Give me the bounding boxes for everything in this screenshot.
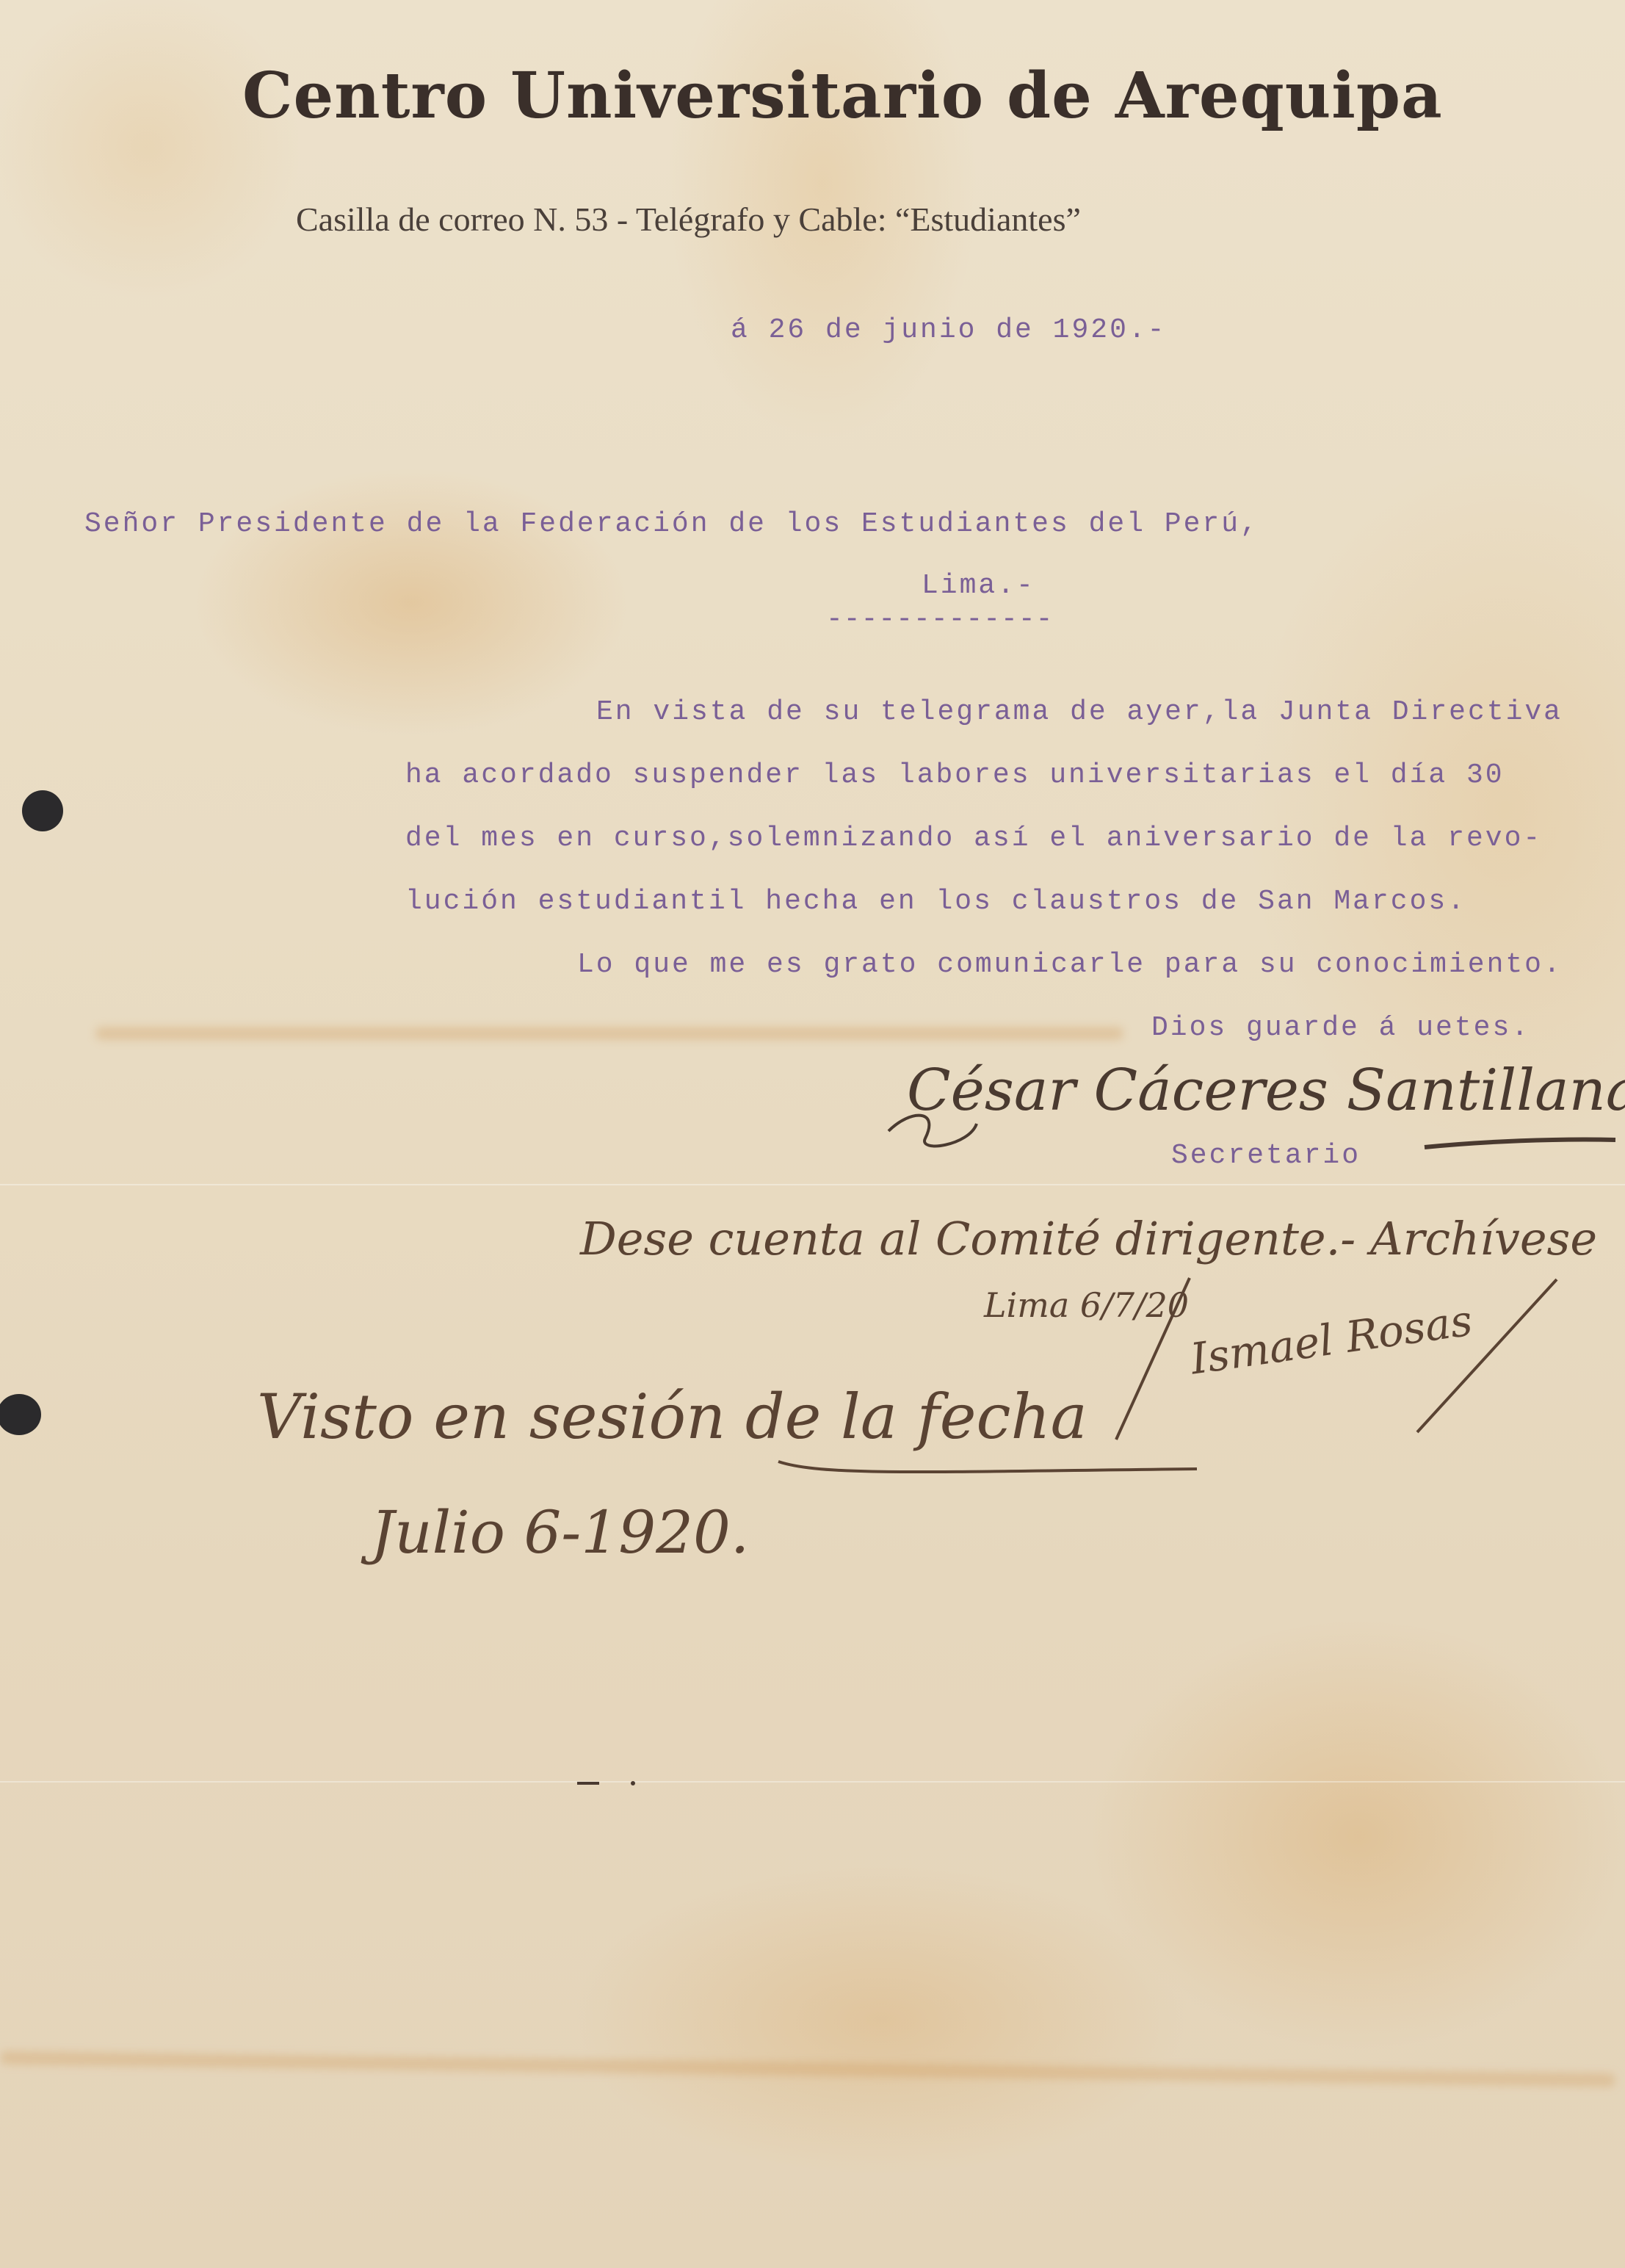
ink-mark xyxy=(573,1777,661,1792)
fold-crease xyxy=(0,1781,1625,1783)
fold-crease xyxy=(0,1184,1625,1185)
letter-city: Lima.- xyxy=(922,570,1035,602)
letter-page: Centro Universitario de Arequipa Casilla… xyxy=(0,0,1625,2268)
letter-date: á 26 de junio de 1920.- xyxy=(731,314,1167,346)
signer-title: Secretario xyxy=(1171,1140,1361,1171)
letterhead-title: Centro Universitario de Arequipa xyxy=(242,59,1388,133)
annotation-julio-date: Julio 6-1920. xyxy=(371,1498,749,1567)
stain-mark xyxy=(95,1027,1123,1040)
annotation-visto-en-sesion: Visto en sesión de la fecha xyxy=(257,1381,1087,1453)
annotation-signature-strokes xyxy=(1101,1271,1571,1447)
body-line: ha acordado suspender las labores univer… xyxy=(405,759,1505,791)
letter-recipient: Señor Presidente de la Federación de los… xyxy=(84,508,1259,540)
body-line: lución estudiantil hecha en los claustro… xyxy=(405,886,1466,917)
stain-mark xyxy=(0,2051,1615,2087)
punch-hole xyxy=(22,790,63,831)
letter-city-rule: ------------- xyxy=(826,604,1053,635)
annotation-dese-cuenta: Dese cuenta al Comité dirigente.- Archív… xyxy=(580,1212,1597,1265)
punch-hole xyxy=(0,1394,41,1435)
body-line: En vista de su telegrama de ayer,la Junt… xyxy=(596,696,1563,728)
salutation: Dios guarde á uetes. xyxy=(1151,1012,1530,1044)
annotation-underline xyxy=(778,1454,1204,1484)
body-line: del mes en curso,solemnizando así el ani… xyxy=(405,823,1542,854)
letterhead-subtitle: Casilla de correo N. 53 - Telégrafo y Ca… xyxy=(296,200,1081,239)
closing-line: Lo que me es grato comunicarle para su c… xyxy=(577,949,1563,980)
